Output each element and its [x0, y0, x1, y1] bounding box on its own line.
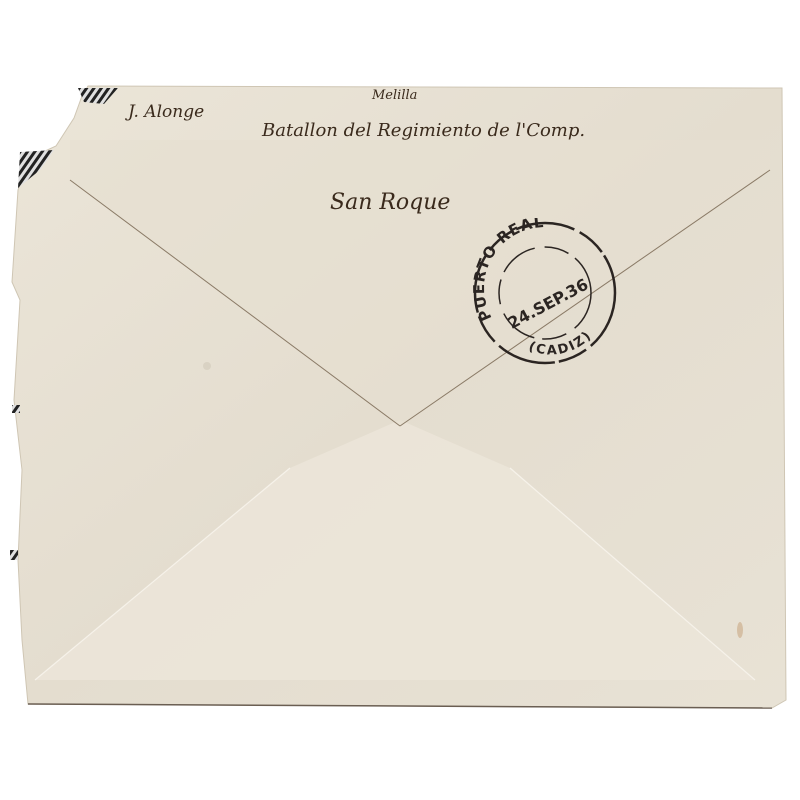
- sender-city-note: Melilla: [372, 88, 417, 103]
- postmark: PUERTO REAL (CADIZ) 24.SEP.36: [470, 218, 620, 368]
- postmark-province: (CADIZ): [527, 328, 596, 359]
- sender-name: J. Alonge: [128, 102, 204, 122]
- svg-text:(CADIZ): (CADIZ): [527, 328, 596, 359]
- sender-town: San Roque: [330, 190, 450, 215]
- sender-unit: Batallon del Regimiento de l'Comp.: [262, 120, 585, 141]
